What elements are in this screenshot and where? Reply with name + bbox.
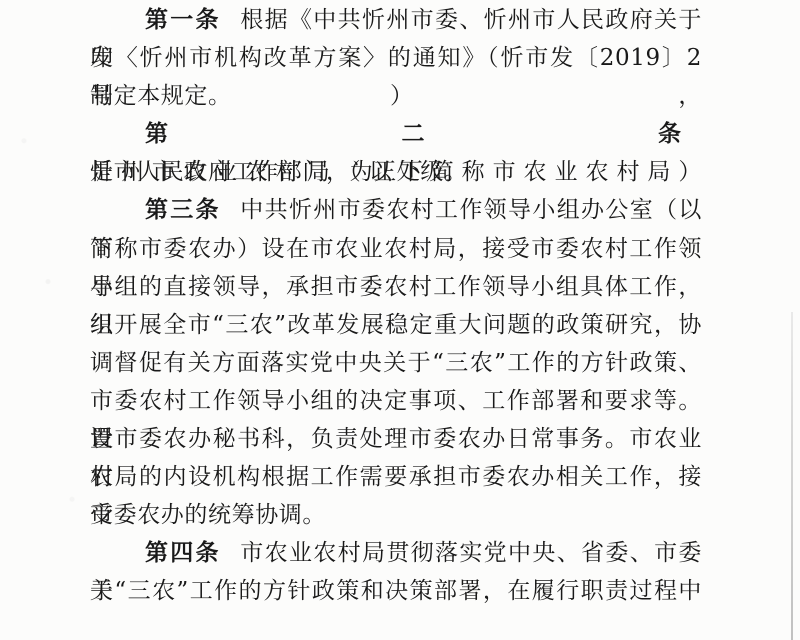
document-line: 第三条中共忻州市委农村工作领导小组办公室（以下 [90, 191, 702, 229]
document-line: 村局的内设机构根据工作需要承担市委农办相关工作，接受 [90, 458, 702, 496]
document-line: 于“三农”工作的方针政策和决策部署，在履行职责过程中 [90, 572, 702, 610]
document-line: 发〈忻州市机构改革方案〉的通知》（忻市发〔2019〕2 号）， [90, 39, 702, 77]
document-line: 调督促有关方面落实党中央关于“三农”工作的方针政策、 [90, 344, 702, 382]
article-number: 第二条 [145, 120, 682, 147]
document-line: 置市委农办秘书科，负责处理市委农办日常事务。市农业农 [90, 420, 702, 458]
document-line: 织开展全市“三农”改革发展稳定重大问题的政策研究，协 [90, 306, 702, 344]
line-text: 织开展全市“三农”改革发展稳定重大问题的政策研究，协 [90, 312, 702, 338]
document-line: 小组的直接领导，承担市委农村工作领导小组具体工作，组 [90, 268, 702, 306]
document-line: 市委农办的统筹协调。 [90, 496, 702, 534]
document-line: 简称市委农办）设在市农业农村局，接受市委农村工作领导 [90, 230, 702, 268]
line-text: 于“三农”工作的方针政策和决策部署，在履行职责过程中 [90, 578, 702, 604]
article-number: 第一条 [145, 6, 221, 33]
scanned-document-page: 第一条根据《中共忻州市委、忻州市人民政府关于印 发〈忻州市机构改革方案〉的通知》… [0, 0, 800, 640]
document-line: 市委农村工作领导小组的决定事项、工作部署和要求等。设 [90, 382, 702, 420]
line-text: 是市人民政府工作部门，为正处级。 [90, 159, 468, 185]
document-line: 第四条市农业农村局贯彻落实党中央、省委、市委关 [90, 534, 702, 572]
document-line: 第二条忻州市农业农村局（以下简称市农业农村局） [90, 115, 702, 153]
line-text: 制定本规定。 [90, 83, 232, 109]
article-number: 第三条 [145, 196, 221, 223]
document-text-block: 第一条根据《中共忻州市委、忻州市人民政府关于印 发〈忻州市机构改革方案〉的通知》… [90, 1, 702, 611]
line-text: 市委农办的统筹协调。 [90, 502, 326, 528]
scan-artifact-line [791, 312, 793, 640]
article-number: 第四条 [145, 539, 221, 566]
line-text: 调督促有关方面落实党中央关于“三农”工作的方针政策、 [90, 350, 702, 376]
document-line: 第一条根据《中共忻州市委、忻州市人民政府关于印 [90, 1, 702, 39]
